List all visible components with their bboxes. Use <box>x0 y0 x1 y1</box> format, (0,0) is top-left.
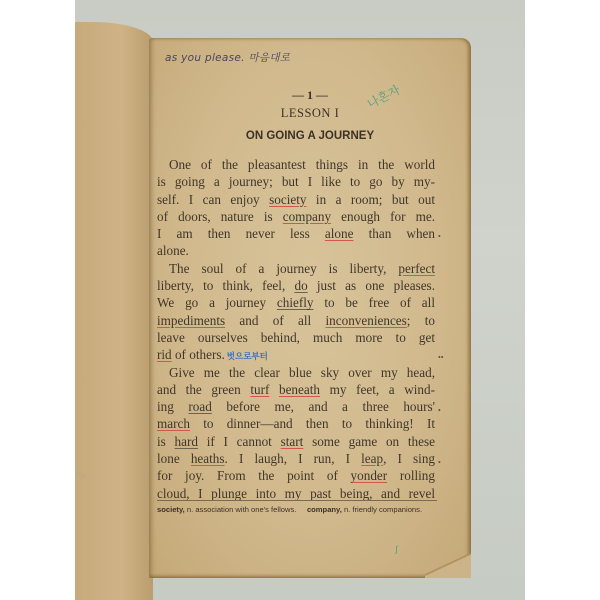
text-line: I am then never less alone than when <box>157 225 435 242</box>
text-segment: alone. <box>157 243 189 258</box>
text-segment: to dinner—and then to thinking! It <box>190 416 435 431</box>
footnote-pos: n. <box>344 505 350 514</box>
underlined-word: beneath <box>279 382 320 397</box>
underlined-word: hard <box>175 434 198 449</box>
book-page: as you please. 마음대로 — 1 — 나혼자 LESSON I O… <box>149 38 471 578</box>
text-segment: than when <box>353 226 435 241</box>
dog-eared-corner <box>425 550 471 578</box>
text-line: liberty, to think, feel, do just as one … <box>157 277 435 294</box>
text-segment: One of the pleasantest things in the wor… <box>169 157 435 172</box>
book-photo: ✎ as you please. 마음대로 — 1 — 나혼자 LESSON I… <box>75 0 525 600</box>
text-segment: before me, and a three hours' <box>212 399 435 414</box>
text-segment: We go a journey <box>157 295 277 310</box>
text-segment: The soul of a journey is liberty, <box>169 261 398 276</box>
text-line: Give me the clear blue sky over my head, <box>157 364 435 381</box>
text-line: is going a journey; but I like to go by … <box>157 173 435 190</box>
text-segment: my feet, a wind- <box>320 382 435 397</box>
text-line: impediments and of all inconveniences; t… <box>157 312 435 329</box>
underlined-word: plunge <box>211 486 247 501</box>
underlined-word: road <box>188 399 211 414</box>
green-pen-mark: ʃ <box>395 544 398 554</box>
text-segment: Give me the clear blue sky over my head, <box>169 365 435 380</box>
text-line: rid of others.벗으로부터 <box>157 346 435 363</box>
text-segment: of doors, nature is <box>157 209 283 224</box>
text-segment: in a room; but out <box>306 192 435 207</box>
underlined-word: inconveniences <box>326 313 407 328</box>
text-line: march to dinner—and then to thinking! It <box>157 415 435 432</box>
text-line: The soul of a journey is liberty, perfec… <box>157 260 435 277</box>
text-segment: lone <box>157 451 191 466</box>
text-segment: rolling <box>387 468 435 483</box>
text-segment: into my past being, and <box>247 486 409 501</box>
text-segment: if I cannot <box>198 434 281 449</box>
footnote: society, n. association with one's fello… <box>157 505 442 515</box>
text-line: self. I can enjoy society in a room; but… <box>157 191 435 208</box>
underlined-word: society <box>269 192 306 207</box>
text-line: We go a journey chiefly to be free of al… <box>157 294 435 311</box>
underlined-word: leap <box>361 451 383 466</box>
text-segment: cloud, I <box>157 486 211 501</box>
text-segment: of others. <box>172 347 225 362</box>
facing-left-page: ✎ <box>75 22 153 600</box>
faded-pencil-scribble: ✎ <box>75 455 121 499</box>
underlined-word: rid <box>157 347 172 362</box>
underlined-word: revel <box>409 486 435 501</box>
text-segment: enough for me. <box>331 209 435 224</box>
text-line: ing road before me, and a three hours' <box>157 398 435 415</box>
underlined-word: start <box>281 434 304 449</box>
underlined-word: chiefly <box>277 295 314 310</box>
text-segment: and of all <box>225 313 325 328</box>
underlined-word: turf <box>250 382 269 397</box>
text-segment: , I sing <box>383 451 435 466</box>
text-line: One of the pleasantest things in the wor… <box>157 156 435 173</box>
text-line: alone. <box>157 242 435 259</box>
text-segment: is <box>157 434 175 449</box>
text-segment: leave ourselves behind, much more to get <box>157 330 435 345</box>
text-segment: some game on these <box>303 434 435 449</box>
body-text: One of the pleasantest things in the wor… <box>157 156 435 502</box>
page-number: — 1 — <box>149 88 471 103</box>
lesson-title: LESSON I <box>149 106 471 121</box>
blue-ink-annotation: 벗으로부터 <box>227 352 268 362</box>
text-segment: ; to <box>407 313 435 328</box>
footnote-divider <box>157 500 437 501</box>
margin-dot-mark: • <box>438 458 441 467</box>
footnote-pos: n. <box>187 505 193 514</box>
underlined-word: heaths <box>191 451 225 466</box>
footnote-term: society, <box>157 505 185 514</box>
text-line: for joy. From the point of yonder rollin… <box>157 467 435 484</box>
text-segment: just as one pleases. <box>308 278 435 293</box>
underlined-word: yonder <box>351 468 388 483</box>
text-segment: for joy. From the point of <box>157 468 351 483</box>
margin-dot-mark: • <box>438 406 441 415</box>
text-segment: is going a journey; but I like to go by … <box>157 174 435 189</box>
text-segment: and the green <box>157 382 250 397</box>
underlined-word: do <box>294 278 307 293</box>
underlined-word: impediments <box>157 313 225 328</box>
text-segment <box>269 382 279 397</box>
text-line: is hard if I cannot start some game on t… <box>157 433 435 450</box>
text-line: of doors, nature is company enough for m… <box>157 208 435 225</box>
footnote-term: company, <box>307 505 342 514</box>
margin-dot-mark: • <box>438 232 441 241</box>
text-segment: liberty, to think, feel, <box>157 278 294 293</box>
footnote-definition: association with one's fellows. <box>195 505 296 514</box>
text-segment: I am then never less <box>157 226 325 241</box>
text-line: and the green turf beneath my feet, a wi… <box>157 381 435 398</box>
handwritten-header-note: as you please. 마음대로 <box>165 50 290 65</box>
text-line: leave ourselves behind, much more to get <box>157 329 435 346</box>
text-segment: . I laugh, I run, I <box>225 451 362 466</box>
text-line: lone heaths. I laugh, I run, I leap, I s… <box>157 450 435 467</box>
underlined-word: company <box>283 209 331 224</box>
margin-dot-mark: •• <box>438 353 444 362</box>
underlined-word: march <box>157 416 190 431</box>
text-segment: to be free of all <box>314 295 435 310</box>
underlined-word: perfect <box>398 261 435 276</box>
text-segment: ing <box>157 399 188 414</box>
lesson-subtitle: ON GOING A JOURNEY <box>149 130 471 142</box>
underlined-word: alone <box>325 226 354 241</box>
text-segment: self. I can enjoy <box>157 192 269 207</box>
footnote-definition: friendly companions. <box>352 505 422 514</box>
